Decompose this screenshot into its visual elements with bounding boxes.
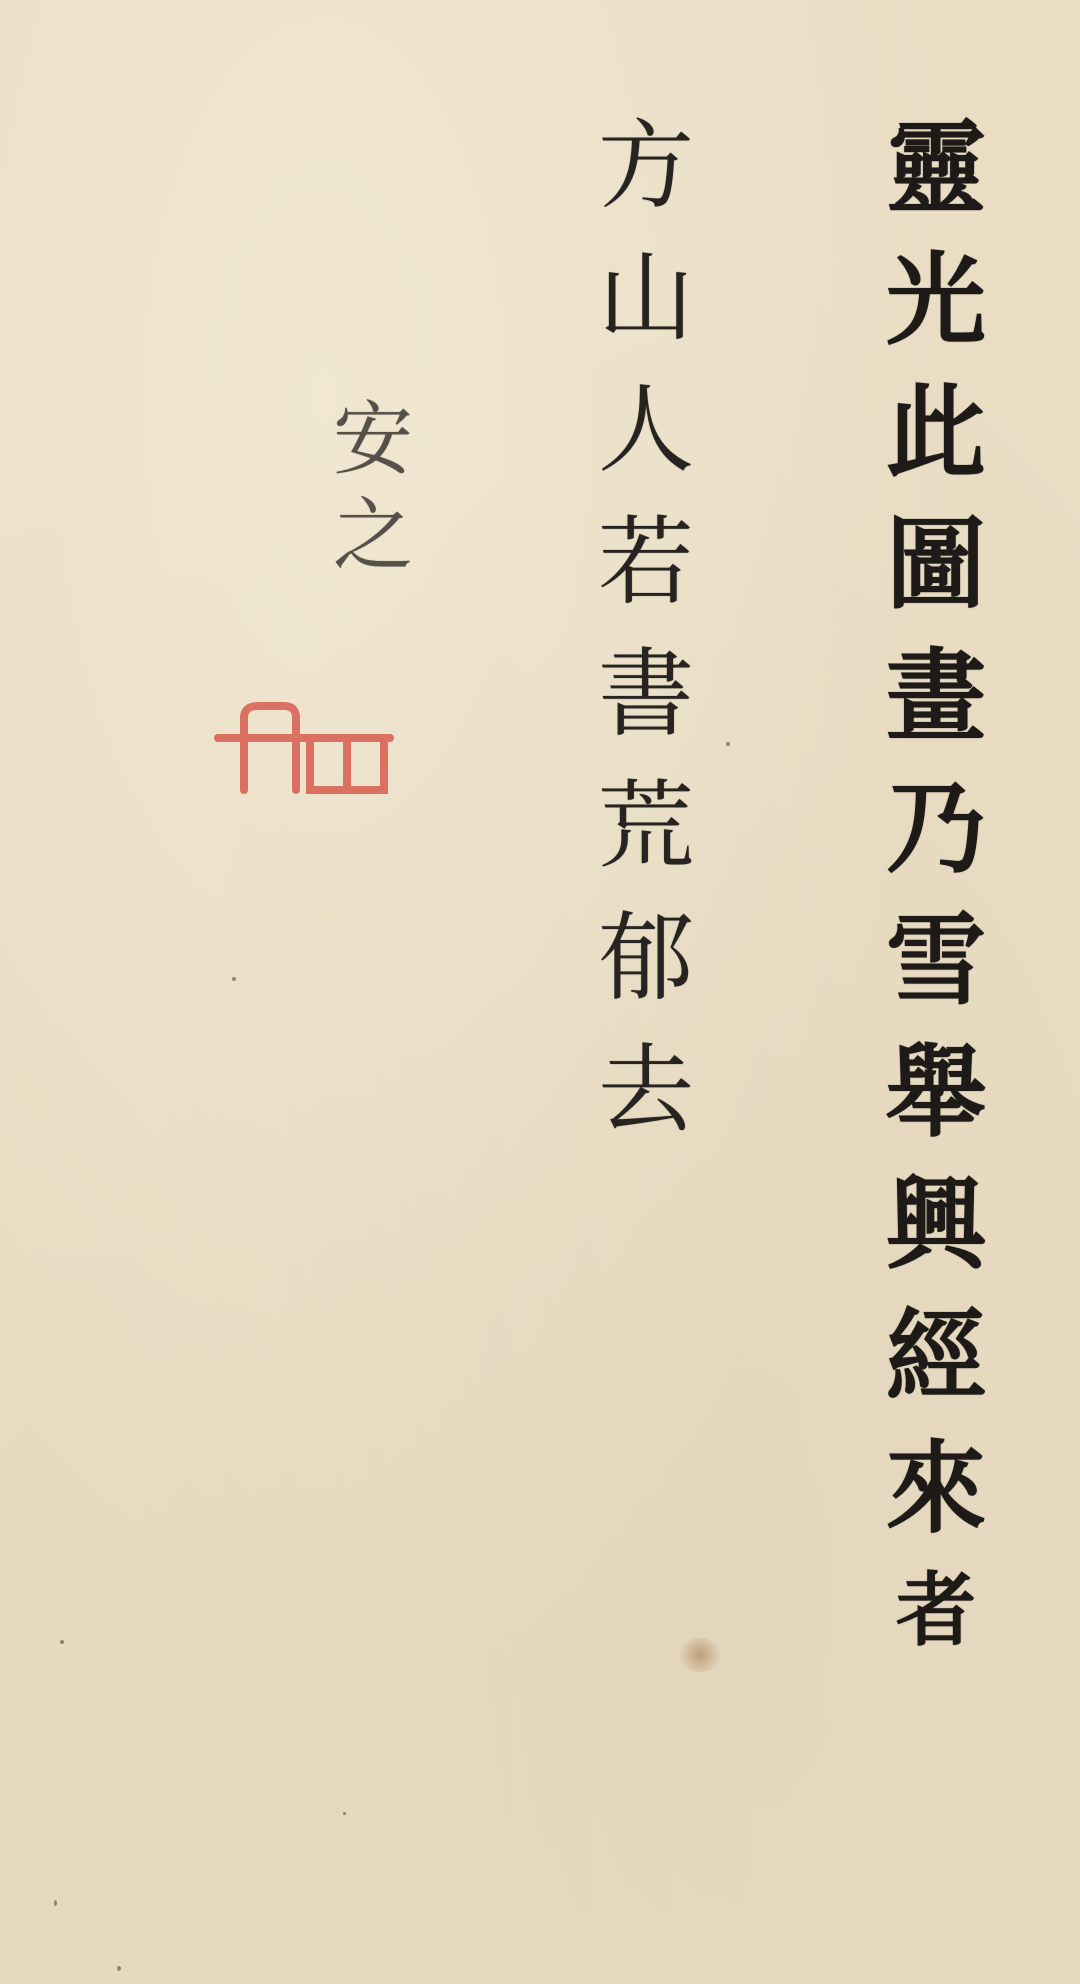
glyph: 靈 <box>886 118 986 250</box>
paper-speck <box>343 1812 346 1815</box>
paper-speck <box>54 1900 57 1906</box>
glyph: 去 <box>598 1042 694 1174</box>
glyph: 若 <box>598 514 694 646</box>
glyph: 此 <box>886 382 986 514</box>
glyph: 乃 <box>886 778 986 910</box>
paper-speck <box>60 1640 64 1644</box>
glyph: 書 <box>598 646 694 778</box>
glyph: 山 <box>598 250 694 382</box>
glyph: 人 <box>598 382 694 514</box>
glyph: 光 <box>886 250 986 382</box>
paper-speck <box>232 977 236 981</box>
glyph: 雪 <box>886 910 986 1042</box>
glyph: 方 <box>598 118 694 250</box>
seal-glyph-icon <box>214 698 394 794</box>
glyph: 安 <box>333 400 413 496</box>
paper-stain <box>680 1638 720 1672</box>
glyph: 興 <box>886 1174 986 1306</box>
paper-speck <box>117 1966 121 1971</box>
glyph: 荒 <box>598 778 694 910</box>
glyph: 之 <box>333 496 413 592</box>
artist-signature: 安 之 <box>318 400 428 592</box>
glyph: 者 <box>896 1570 976 1660</box>
inscription-right-column: 靈 光 此 圖 畫 乃 雪 舉 興 經 來 者 <box>876 118 996 1660</box>
glyph: 畫 <box>886 646 986 778</box>
glyph: 郁 <box>598 910 694 1042</box>
inscription-left-column: 方 山 人 若 書 荒 郁 去 <box>586 118 706 1174</box>
glyph: 經 <box>886 1306 986 1438</box>
glyph: 圖 <box>886 514 986 646</box>
glyph: 舉 <box>886 1042 986 1174</box>
glyph: 來 <box>886 1438 986 1570</box>
paper-speck <box>726 742 730 746</box>
red-seal-stamp <box>214 698 394 794</box>
